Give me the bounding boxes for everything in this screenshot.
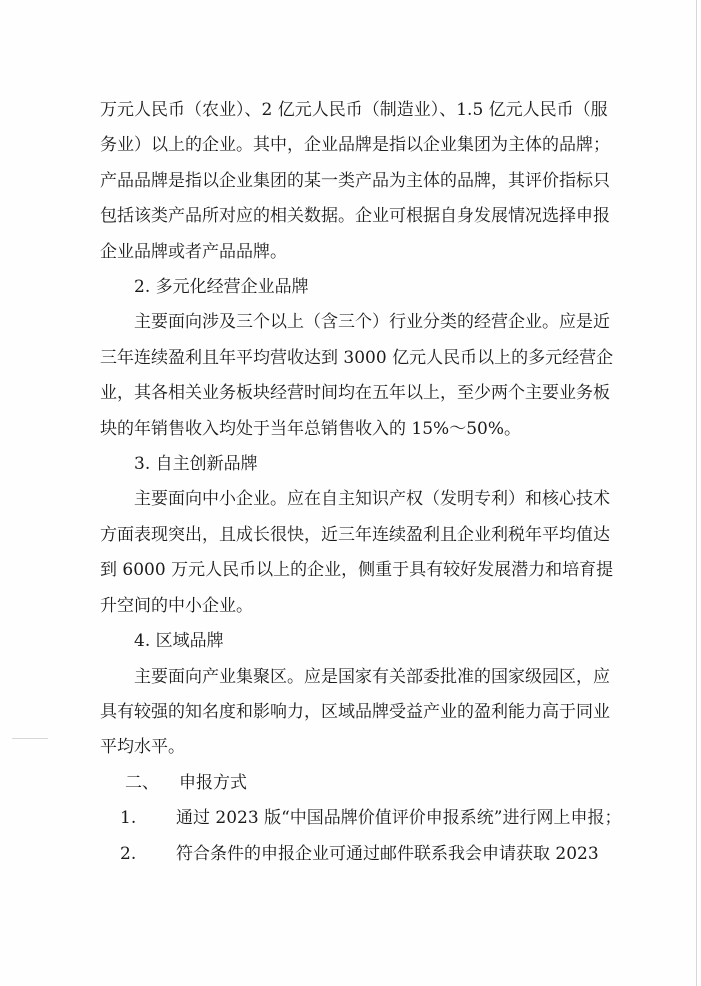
section-heading: 4. 区域品牌 [100,624,634,659]
text-line: 产品品牌是指以企业集团的某一类产品为主体的品牌，其评价指标只 [100,164,634,199]
intro-paragraph: 万元人民币（农业）、2 亿元人民币（制造业）、1.5 亿元人民币（服 务业）以上… [100,93,634,270]
list-item-number: 1. [120,801,176,836]
text-line: 业，其各相关业务板块经营时间均在五年以上，至少两个主要业务板 [100,376,634,411]
section-two-heading: 二、申报方式 [100,766,634,801]
text-line: 务业）以上的企业。其中，企业品牌是指以企业集团为主体的品牌； [100,128,634,163]
text-line: 平均水平。 [100,730,634,765]
scan-artifact-mark [12,738,48,739]
text-line: 具有较强的知名度和影响力，区域品牌受益产业的盈利能力高于同业 [100,695,634,730]
document-page: 万元人民币（农业）、2 亿元人民币（制造业）、1.5 亿元人民币（服 务业）以上… [0,0,701,986]
text-line: 主要面向涉及三个以上（含三个）行业分类的经营企业。应是近 [100,305,634,340]
section-diversified-brand: 2. 多元化经营企业品牌 主要面向涉及三个以上（含三个）行业分类的经营企业。应是… [100,270,634,447]
text-line: 万元人民币（农业）、2 亿元人民币（制造业）、1.5 亿元人民币（服 [100,93,634,128]
text-line: 方面表现突出，且成长很快，近三年连续盈利且企业利税年平均值达 [100,518,634,553]
section-heading: 2. 多元化经营企业品牌 [100,270,634,305]
section-title: 申报方式 [179,773,247,793]
section-regional-brand: 4. 区域品牌 主要面向产业集聚区。应是国家有关部委批准的国家级园区，应 具有较… [100,624,634,766]
list-item-number: 2. [120,837,176,872]
list-item-text: 符合条件的申报企业可通过邮件联系我会申请获取 2023 [176,837,634,872]
text-line: 升空间的中小企业。 [100,589,634,624]
section-number: 二、 [125,773,159,793]
section-innovation-brand: 3. 自主创新品牌 主要面向中小企业。应在自主知识产权（发明专利）和核心技术 方… [100,447,634,624]
text-line: 包括该类产品所对应的相关数据。企业可根据自身发展情况选择申报 [100,199,634,234]
list-item-text: 通过 2023 版“中国品牌价值评价申报系统”进行网上申报； [176,801,634,836]
text-line: 三年连续盈利且年平均营收达到 3000 亿元人民币以上的多元经营企 [100,341,634,376]
text-line: 块的年销售收入均处于当年总销售收入的 15%～50%。 [100,412,634,447]
text-line: 到 6000 万元人民币以上的企业，侧重于具有较好发展潜力和培育提 [100,553,634,588]
list-item: 2. 符合条件的申报企业可通过邮件联系我会申请获取 2023 [100,837,634,872]
page-edge-line [696,0,697,986]
text-line: 主要面向中小企业。应在自主知识产权（发明专利）和核心技术 [100,482,634,517]
section-heading: 3. 自主创新品牌 [100,447,634,482]
text-line: 企业品牌或者产品品牌。 [100,235,634,270]
document-body: 万元人民币（农业）、2 亿元人民币（制造业）、1.5 亿元人民币（服 务业）以上… [100,93,634,872]
list-item: 1. 通过 2023 版“中国品牌价值评价申报系统”进行网上申报； [100,801,634,836]
text-line: 主要面向产业集聚区。应是国家有关部委批准的国家级园区，应 [100,660,634,695]
